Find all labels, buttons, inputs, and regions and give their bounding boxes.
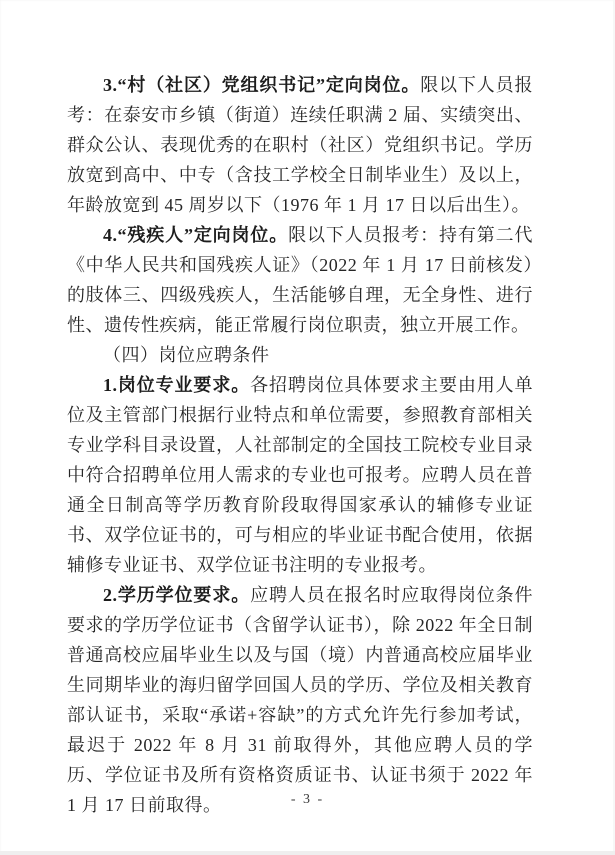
paragraph-degree-requirements: 2.学历学位要求。应聘人员在报名时应取得岗位条件要求的学历学位证书（含留学认证书… [67, 580, 533, 820]
page-number: - 3 - [0, 790, 615, 810]
paragraph-village-party-secretary-post: 3.“村（社区）党组织书记”定向岗位。限以下人员报考：在泰安市乡镇（街道）连续任… [67, 70, 533, 220]
section-heading-text: （四）岗位应聘条件 [103, 345, 270, 365]
document-page: 3.“村（社区）党组织书记”定向岗位。限以下人员报考：在泰安市乡镇（街道）连续任… [0, 0, 615, 855]
paragraph-lead-bold: 1.岗位专业要求。 [103, 375, 250, 395]
document-content: 3.“村（社区）党组织书记”定向岗位。限以下人员报考：在泰安市乡镇（街道）连续任… [67, 70, 533, 820]
paragraph-disabled-person-post: 4.“残疾人”定向岗位。限以下人员报考：持有第二代《中华人民共和国残疾人证》（2… [67, 220, 533, 340]
paragraph-body-text: 限以下人员报考：在泰安市乡镇（街道）连续任职满 2 届、实绩突出、群众公认、表现… [67, 75, 533, 215]
paragraph-lead-bold: 2.学历学位要求。 [103, 585, 250, 605]
scan-edge-bottom [0, 851, 615, 855]
paragraph-lead-bold: 3.“村（社区）党组织书记”定向岗位。 [103, 75, 420, 95]
paragraph-lead-bold: 4.“残疾人”定向岗位。 [103, 225, 288, 245]
paragraph-body-text: 各招聘岗位具体要求主要由用人单位及主管部门根据行业特点和单位需要，参照教育部相关… [67, 375, 533, 575]
section-heading-application-conditions: （四）岗位应聘条件 [67, 340, 533, 370]
paragraph-body-text: 应聘人员在报名时应取得岗位条件要求的学历学位证书（含留学认证书），除 2022 … [67, 585, 533, 815]
paragraph-post-major-requirements: 1.岗位专业要求。各招聘岗位具体要求主要由用人单位及主管部门根据行业特点和单位需… [67, 370, 533, 580]
